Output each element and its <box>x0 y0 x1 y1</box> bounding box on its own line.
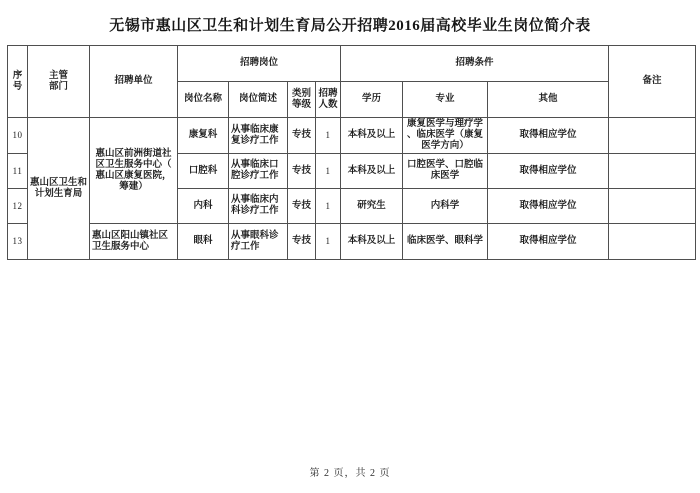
cell-serial: 10 <box>8 118 28 154</box>
cell-recruit-count: 1 <box>316 224 341 260</box>
cell-other: 取得相应学位 <box>488 154 609 189</box>
header-serial-number: 序号 <box>8 46 28 118</box>
header-category-level: 类别 等级 <box>288 82 316 118</box>
header-recruiting-conditions-group: 招聘条件 <box>341 46 609 82</box>
header-recruit-count: 招聘 人数 <box>316 82 341 118</box>
table-row: 10 惠山区卫生和计划生育局 惠山区前洲街道社区卫生服务中心（惠山区康复医院，筹… <box>8 118 696 154</box>
header-row-group: 序号 主管 部门 招聘单位 招聘岗位 招聘条件 备注 <box>8 46 696 82</box>
cell-position-description: 从事临床康复诊疗工作 <box>229 118 288 154</box>
cell-position-description: 从事临床口腔诊疗工作 <box>229 154 288 189</box>
header-education: 学历 <box>341 82 403 118</box>
cell-major: 康复医学与理疗学、临床医学（康复医学方向） <box>403 118 488 154</box>
cell-remarks <box>609 224 696 260</box>
header-supervising-department: 主管 部门 <box>28 46 90 118</box>
cell-education: 本科及以上 <box>341 224 403 260</box>
cell-recruiting-unit: 惠山区前洲街道社区卫生服务中心（惠山区康复医院，筹建） <box>90 118 178 224</box>
cell-position-description: 从事临床内科诊疗工作 <box>229 189 288 224</box>
cell-position-description: 从事眼科诊疗工作 <box>229 224 288 260</box>
cell-position-name: 眼科 <box>178 224 229 260</box>
header-position-description: 岗位简述 <box>229 82 288 118</box>
header-recruiting-position-group: 招聘岗位 <box>178 46 341 82</box>
cell-education: 研究生 <box>341 189 403 224</box>
cell-recruit-count: 1 <box>316 154 341 189</box>
table-row: 13 惠山区阳山镇社区卫生服务中心 眼科 从事眼科诊疗工作 专技 1 本科及以上… <box>8 224 696 260</box>
document-title: 无锡市惠山区卫生和计划生育局公开招聘2016届高校毕业生岗位简介表 <box>0 14 700 35</box>
cell-other: 取得相应学位 <box>488 224 609 260</box>
cell-position-name: 内科 <box>178 189 229 224</box>
cell-other: 取得相应学位 <box>488 189 609 224</box>
header-position-name: 岗位名称 <box>178 82 229 118</box>
header-other: 其他 <box>488 82 609 118</box>
cell-major: 临床医学、眼科学 <box>403 224 488 260</box>
document-page: 无锡市惠山区卫生和计划生育局公开招聘2016届高校毕业生岗位简介表 序号 主管 … <box>0 0 700 493</box>
cell-position-name: 康复科 <box>178 118 229 154</box>
cell-category-level: 专技 <box>288 189 316 224</box>
cell-remarks <box>609 189 696 224</box>
page-number-footer: 第 2 页，共 2 页 <box>0 464 700 479</box>
cell-education: 本科及以上 <box>341 154 403 189</box>
cell-other: 取得相应学位 <box>488 118 609 154</box>
cell-remarks <box>609 118 696 154</box>
recruitment-table: 序号 主管 部门 招聘单位 招聘岗位 招聘条件 备注 岗位名称 岗位简述 类别 … <box>7 45 696 260</box>
cell-supervising-department: 惠山区卫生和计划生育局 <box>28 118 90 260</box>
cell-serial: 12 <box>8 189 28 224</box>
header-recruiting-unit: 招聘单位 <box>90 46 178 118</box>
header-major: 专业 <box>403 82 488 118</box>
cell-position-name: 口腔科 <box>178 154 229 189</box>
cell-serial: 13 <box>8 224 28 260</box>
cell-recruit-count: 1 <box>316 118 341 154</box>
cell-serial: 11 <box>8 154 28 189</box>
cell-remarks <box>609 154 696 189</box>
cell-recruiting-unit: 惠山区阳山镇社区卫生服务中心 <box>90 224 178 260</box>
cell-category-level: 专技 <box>288 224 316 260</box>
cell-category-level: 专技 <box>288 154 316 189</box>
cell-recruit-count: 1 <box>316 189 341 224</box>
header-remarks: 备注 <box>609 46 696 118</box>
cell-major: 内科学 <box>403 189 488 224</box>
cell-major: 口腔医学、口腔临床医学 <box>403 154 488 189</box>
cell-education: 本科及以上 <box>341 118 403 154</box>
cell-category-level: 专技 <box>288 118 316 154</box>
